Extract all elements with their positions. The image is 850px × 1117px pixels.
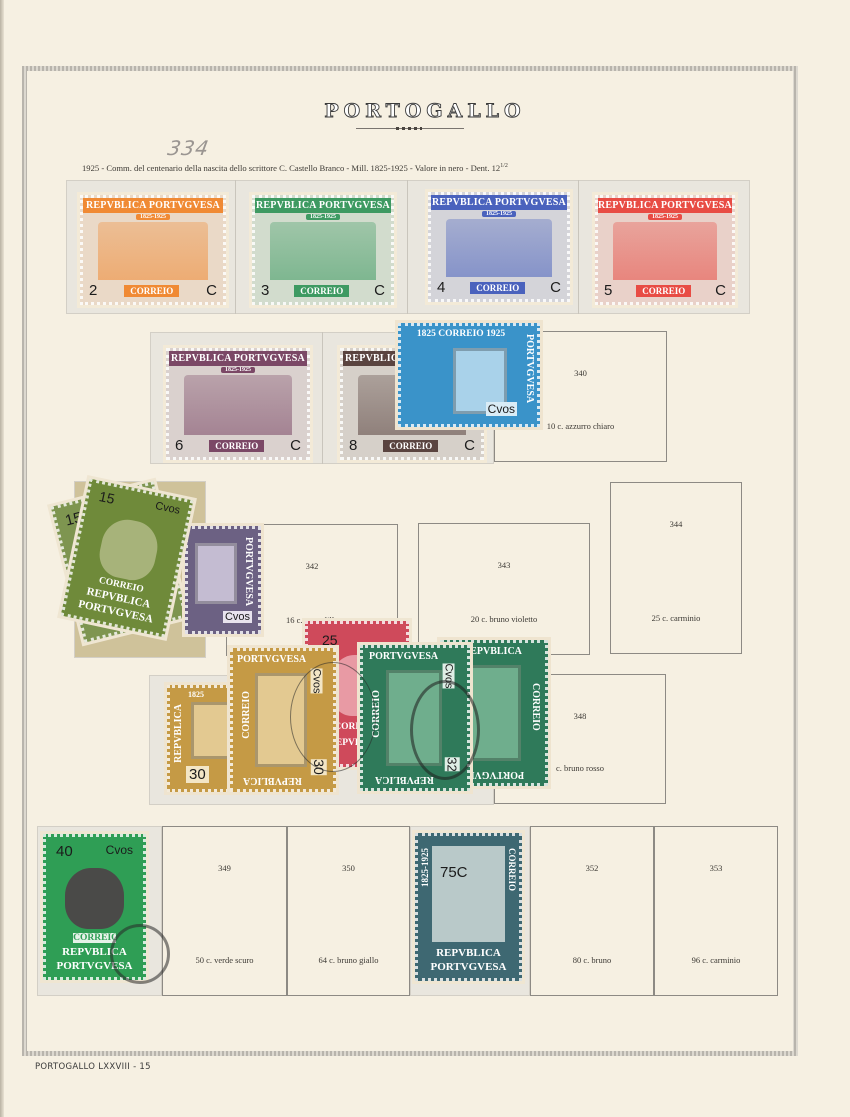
stamp-correio: CORREIO	[383, 440, 438, 452]
stamp-6c-purple[interactable]: REPVBLICA PORTVGVESA1825-19256CORREIOC	[166, 348, 310, 460]
stamp-footer-row: 5CORREIOC	[598, 282, 732, 302]
stamp-header: REPVBLICA PORTVGVESA	[83, 198, 223, 213]
stamp-footer-row: 4CORREIOC	[431, 279, 567, 299]
portrait-teresa-albuquerque	[432, 846, 505, 942]
catalog-number: 344	[611, 519, 741, 529]
catalog-number: 352	[531, 863, 653, 873]
stamp-value: 5	[604, 282, 612, 299]
stamp-description: 50 c. verde scuro	[163, 955, 286, 965]
stamp-4c-blue[interactable]: REPVBLICA PORTVGVESA1825-19254CORREIOC	[428, 192, 570, 302]
stamp-value-unit: Cvos	[154, 500, 181, 517]
stamp-correio: CORREIO	[124, 285, 179, 297]
stamp-value: 4	[437, 279, 445, 296]
stamp-side-text: CORREIO	[507, 848, 517, 891]
stamp-value: 8	[349, 437, 357, 454]
mount-divider	[407, 180, 408, 314]
stamp-value-unit: Cvos	[486, 402, 517, 416]
stamp-footer-row: 3CORREIOC	[255, 282, 391, 302]
catalog-number: 353	[655, 863, 777, 873]
house-vignette	[446, 219, 552, 277]
stamp-side-text: REPVBLICA	[173, 704, 184, 763]
stamp-correio: CORREIO	[209, 440, 264, 452]
stamp-header: PORTVGVESA	[369, 651, 438, 662]
stamp-value-unit: Cvos	[106, 843, 133, 857]
stamp-value: 75C	[440, 864, 468, 881]
title-ornament-rule	[356, 128, 464, 129]
stamp-correio: CORREIO	[636, 285, 691, 297]
stamp-header: REPVBLICA PORTVGVESA	[169, 351, 307, 366]
stamp-value-unit: C	[550, 279, 561, 296]
stamp-footer: REPVBLICA	[375, 774, 434, 785]
perforation-fraction: 1/2	[500, 163, 508, 169]
stamp-description: 64 c. bruno giallo	[288, 955, 409, 965]
stamp-description: 80 c. bruno	[531, 955, 653, 965]
stamp-value: 30	[186, 766, 209, 783]
stamp-years: 1825-1925	[482, 211, 516, 217]
stamp-header: REPVBLICA PORTVGVESA	[255, 198, 391, 213]
stamp-years: 1825-1925	[221, 367, 255, 373]
interior-vignette	[195, 543, 237, 604]
stamp-value: 15	[98, 488, 117, 507]
stamp-header: 1825 CORREIO 1925	[401, 326, 521, 342]
house-vignette	[184, 375, 292, 435]
series-caption: 1925 - Comm. del centenario della nascit…	[82, 163, 508, 173]
postmark-cancel	[290, 662, 376, 772]
stamp-value: 6	[175, 437, 183, 454]
postmark-cancel	[110, 924, 170, 984]
stamp-header: REPVBLICA	[463, 646, 522, 657]
stamp-value: 3	[261, 282, 269, 299]
stamp-footer-row: 2CORREIOC	[83, 282, 223, 302]
stamp-value-unit: Cvos	[223, 611, 252, 623]
house-vignette	[613, 222, 718, 280]
stamp-value-unit: C	[206, 282, 217, 299]
stamp-side-text: CORREIO	[530, 683, 541, 731]
mount-divider	[235, 180, 236, 314]
stamp-box-344: 344 25 c. carminio	[610, 482, 742, 654]
mount-divider	[322, 332, 323, 464]
stamp-description: 25 c. carminio	[611, 613, 741, 623]
stamp-16c-lilac[interactable]: PORTVGVESA Cvos	[185, 526, 261, 634]
stamp-3c-green[interactable]: REPVBLICA PORTVGVESA1825-19253CORREIOC	[252, 195, 394, 305]
stamp-box-350: 350 64 c. bruno giallo	[287, 826, 410, 996]
stamp-correio: CORREIO	[470, 282, 525, 294]
stamp-side-years: 1825-1925	[420, 848, 430, 887]
stamp-footer-row: 8CORREIOC	[343, 437, 481, 457]
stamp-text-republica: REPVBLICA	[418, 947, 519, 959]
stamp-value-unit: C	[290, 437, 301, 454]
mount-divider	[578, 180, 579, 314]
portrait-castelo-branco	[65, 868, 123, 930]
stamp-header: REPVBLICA PORTVGVESA	[598, 198, 732, 213]
house-vignette	[270, 222, 376, 280]
stamp-description: 20 c. bruno violetto	[419, 614, 589, 624]
catalog-number: 350	[288, 863, 409, 873]
stamp-value-unit: C	[715, 282, 726, 299]
catalog-number: 349	[163, 863, 286, 873]
stamp-value-unit: C	[464, 437, 475, 454]
stamp-text-correio: CORREIO	[73, 933, 116, 943]
page-footer-label: PORTOGALLO LXXVIII - 15	[35, 1062, 151, 1072]
stamp-value-unit: C	[374, 282, 385, 299]
stamp-correio: CORREIO	[294, 285, 349, 297]
house-vignette	[98, 222, 207, 280]
portrait-castelo-branco	[95, 515, 162, 584]
catalog-number: 343	[419, 560, 589, 570]
stamp-box-343: 343 20 c. bruno violetto	[418, 523, 590, 655]
stamp-header: REPVBLICA PORTVGVESA	[431, 195, 567, 210]
handwritten-pencil-note: 334	[166, 136, 211, 160]
stamp-years: 1825-1925	[648, 214, 682, 220]
stamp-side-text: PORTVGVESA	[524, 334, 535, 403]
stamp-years: 1825-1925	[306, 214, 340, 220]
postmark-cancel	[410, 680, 480, 780]
stamp-75c-slate[interactable]: 1825-1925 CORREIO 75C REPVBLICA PORTVGVE…	[415, 833, 522, 981]
stamp-box-349: 349 50 c. verde scuro	[162, 826, 287, 996]
stamp-value: 25	[322, 632, 338, 648]
stamp-side-text: PORTVGVESA	[243, 537, 254, 606]
series-caption-text: 1925 - Comm. del centenario della nascit…	[82, 163, 500, 173]
stamp-year: 1825	[188, 690, 204, 699]
stamp-header: PORTVGVESA	[237, 654, 306, 665]
stamp-box-353: 353 96 c. carminio	[654, 826, 778, 996]
stamp-text-portugal: PORTVGVESA	[418, 961, 519, 973]
stamp-box-352: 352 80 c. bruno	[530, 826, 654, 996]
stamp-description: 96 c. carminio	[655, 955, 777, 965]
stamp-2c-orange[interactable]: REPVBLICA PORTVGVESA1825-19252CORREIOC	[80, 195, 226, 305]
page-title: PORTOGALLO	[0, 100, 850, 122]
stamp-side-text: CORREIO	[241, 691, 252, 739]
stamp-footer: REPVBLICA	[243, 775, 302, 786]
stamp-years: 1825-1925	[136, 214, 170, 220]
stamp-5c-red[interactable]: REPVBLICA PORTVGVESA1825-19255CORREIOC	[595, 195, 735, 305]
stamp-footer-row: 6CORREIOC	[169, 437, 307, 457]
stamp-value: 40	[56, 843, 73, 860]
stamp-value: 2	[89, 282, 97, 299]
stamp-10c-sky[interactable]: 1825 CORREIO 1925 PORTVGVESA Cvos	[398, 323, 540, 427]
album-binding-edge	[0, 0, 4, 1117]
